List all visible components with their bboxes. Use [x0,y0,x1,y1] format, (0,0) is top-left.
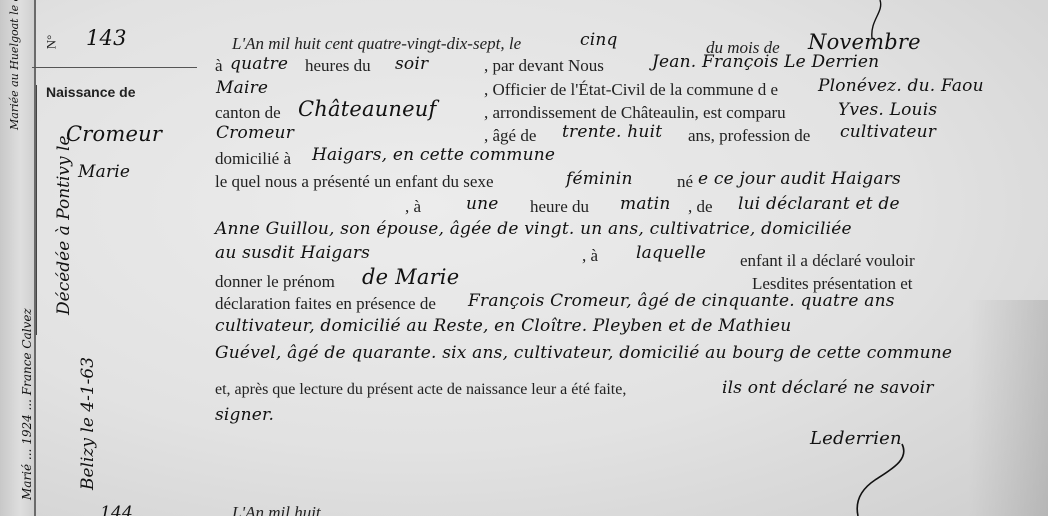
witness2-details: Guével, âgé de quarante. six ans, cultiv… [215,343,952,363]
printed-text: heure du [530,197,589,217]
father-surname: Cromeur [216,123,294,143]
printed-text: , par devant Nous [484,56,604,76]
pronoun-field: laquelle [636,243,706,263]
printed-text: enfant il a déclaré vouloir [740,251,915,271]
printed-text: à [215,56,223,76]
birth-hour: une [466,194,499,214]
printed-text: , à [405,197,421,217]
margin-note-3: Décédée à Pontivy le [54,135,74,315]
birth-place: e ce jour audit Haigars [698,169,901,189]
residence-field: Haigars, en cette commune [312,145,555,165]
mother-details: Anne Guillou, son épouse, âgée de vingt.… [215,219,852,239]
day-field: cinq [580,30,618,50]
number-label: N° [43,35,59,50]
father-age: trente. huit [562,122,662,142]
father-profession: cultivateur [840,122,936,142]
printed-text: et, après que lecture du présent acte de… [215,381,626,399]
commune-field: Plonévez. du. Faou [818,76,984,96]
birth-period: matin [620,194,670,214]
printed-text: heures du [305,56,371,76]
sex-field: féminin [566,169,633,189]
flourish-top [870,0,910,40]
father-firstnames: Yves. Louis [838,100,937,120]
printed-text: , âgé de [484,126,536,146]
margin-note-4: Belizy le 4-1-63 [78,357,98,490]
witness1-name: François Cromeur, âgé de cinquante. quat… [468,291,895,311]
officer-title: Maire [216,78,268,98]
printed-text: domicilié à [215,149,291,169]
mother-residence: au susdit Haigars [215,243,370,263]
witness1-details: cultivateur, domicilié au Reste, en Cloî… [215,316,791,336]
printed-text: L'An mil huit cent quatre-vingt-dix-sept… [232,34,521,54]
closing-statement: ils ont déclaré ne savoir [722,378,934,398]
period-field: soir [395,54,428,74]
scanned-register-page: N° 143 Naissance de Cromeur Marie Mariée… [0,0,1048,516]
next-record-text: L'An mil huit [232,503,321,516]
declarant-text: lui déclarant et de [738,194,900,214]
hour-field: quatre [230,54,288,74]
closing-statement-end: signer. [215,405,274,425]
margin-note-1: Mariée au Huelgoat le 8 ... 1919 ... ave… [8,0,21,130]
canton-field: Châteauneuf [298,97,436,121]
printed-text: , à [582,246,598,266]
printed-text: le quel nous a présenté un enfant du sex… [215,172,494,192]
given-name-field: de Marie [362,265,459,289]
record-number: 143 [86,26,127,50]
signature-flourish [850,440,910,516]
section-heading: Naissance de [46,84,136,100]
printed-text: ans, profession de [688,126,810,146]
printed-text: , de [688,197,713,217]
child-firstname: Marie [78,162,130,182]
printed-text: donner le prénom [215,272,335,292]
printed-text: né [677,172,693,192]
printed-text: , arrondissement de Châteaulin, est comp… [484,103,786,123]
printed-text: , Officier de l'État-Civil de la commune… [484,80,778,100]
printed-text: déclaration faites en présence de [215,294,436,314]
officer-name: Jean. François Le Derrien [652,52,879,72]
printed-text: canton de [215,103,281,123]
margin-line [36,85,37,335]
header-rule [32,67,197,68]
margin-note-2: Marié ... 1924 ... France Calvez [20,308,34,500]
child-surname: Cromeur [66,122,162,146]
next-record-number: 144 [100,503,133,516]
page-shadow [968,300,1048,516]
